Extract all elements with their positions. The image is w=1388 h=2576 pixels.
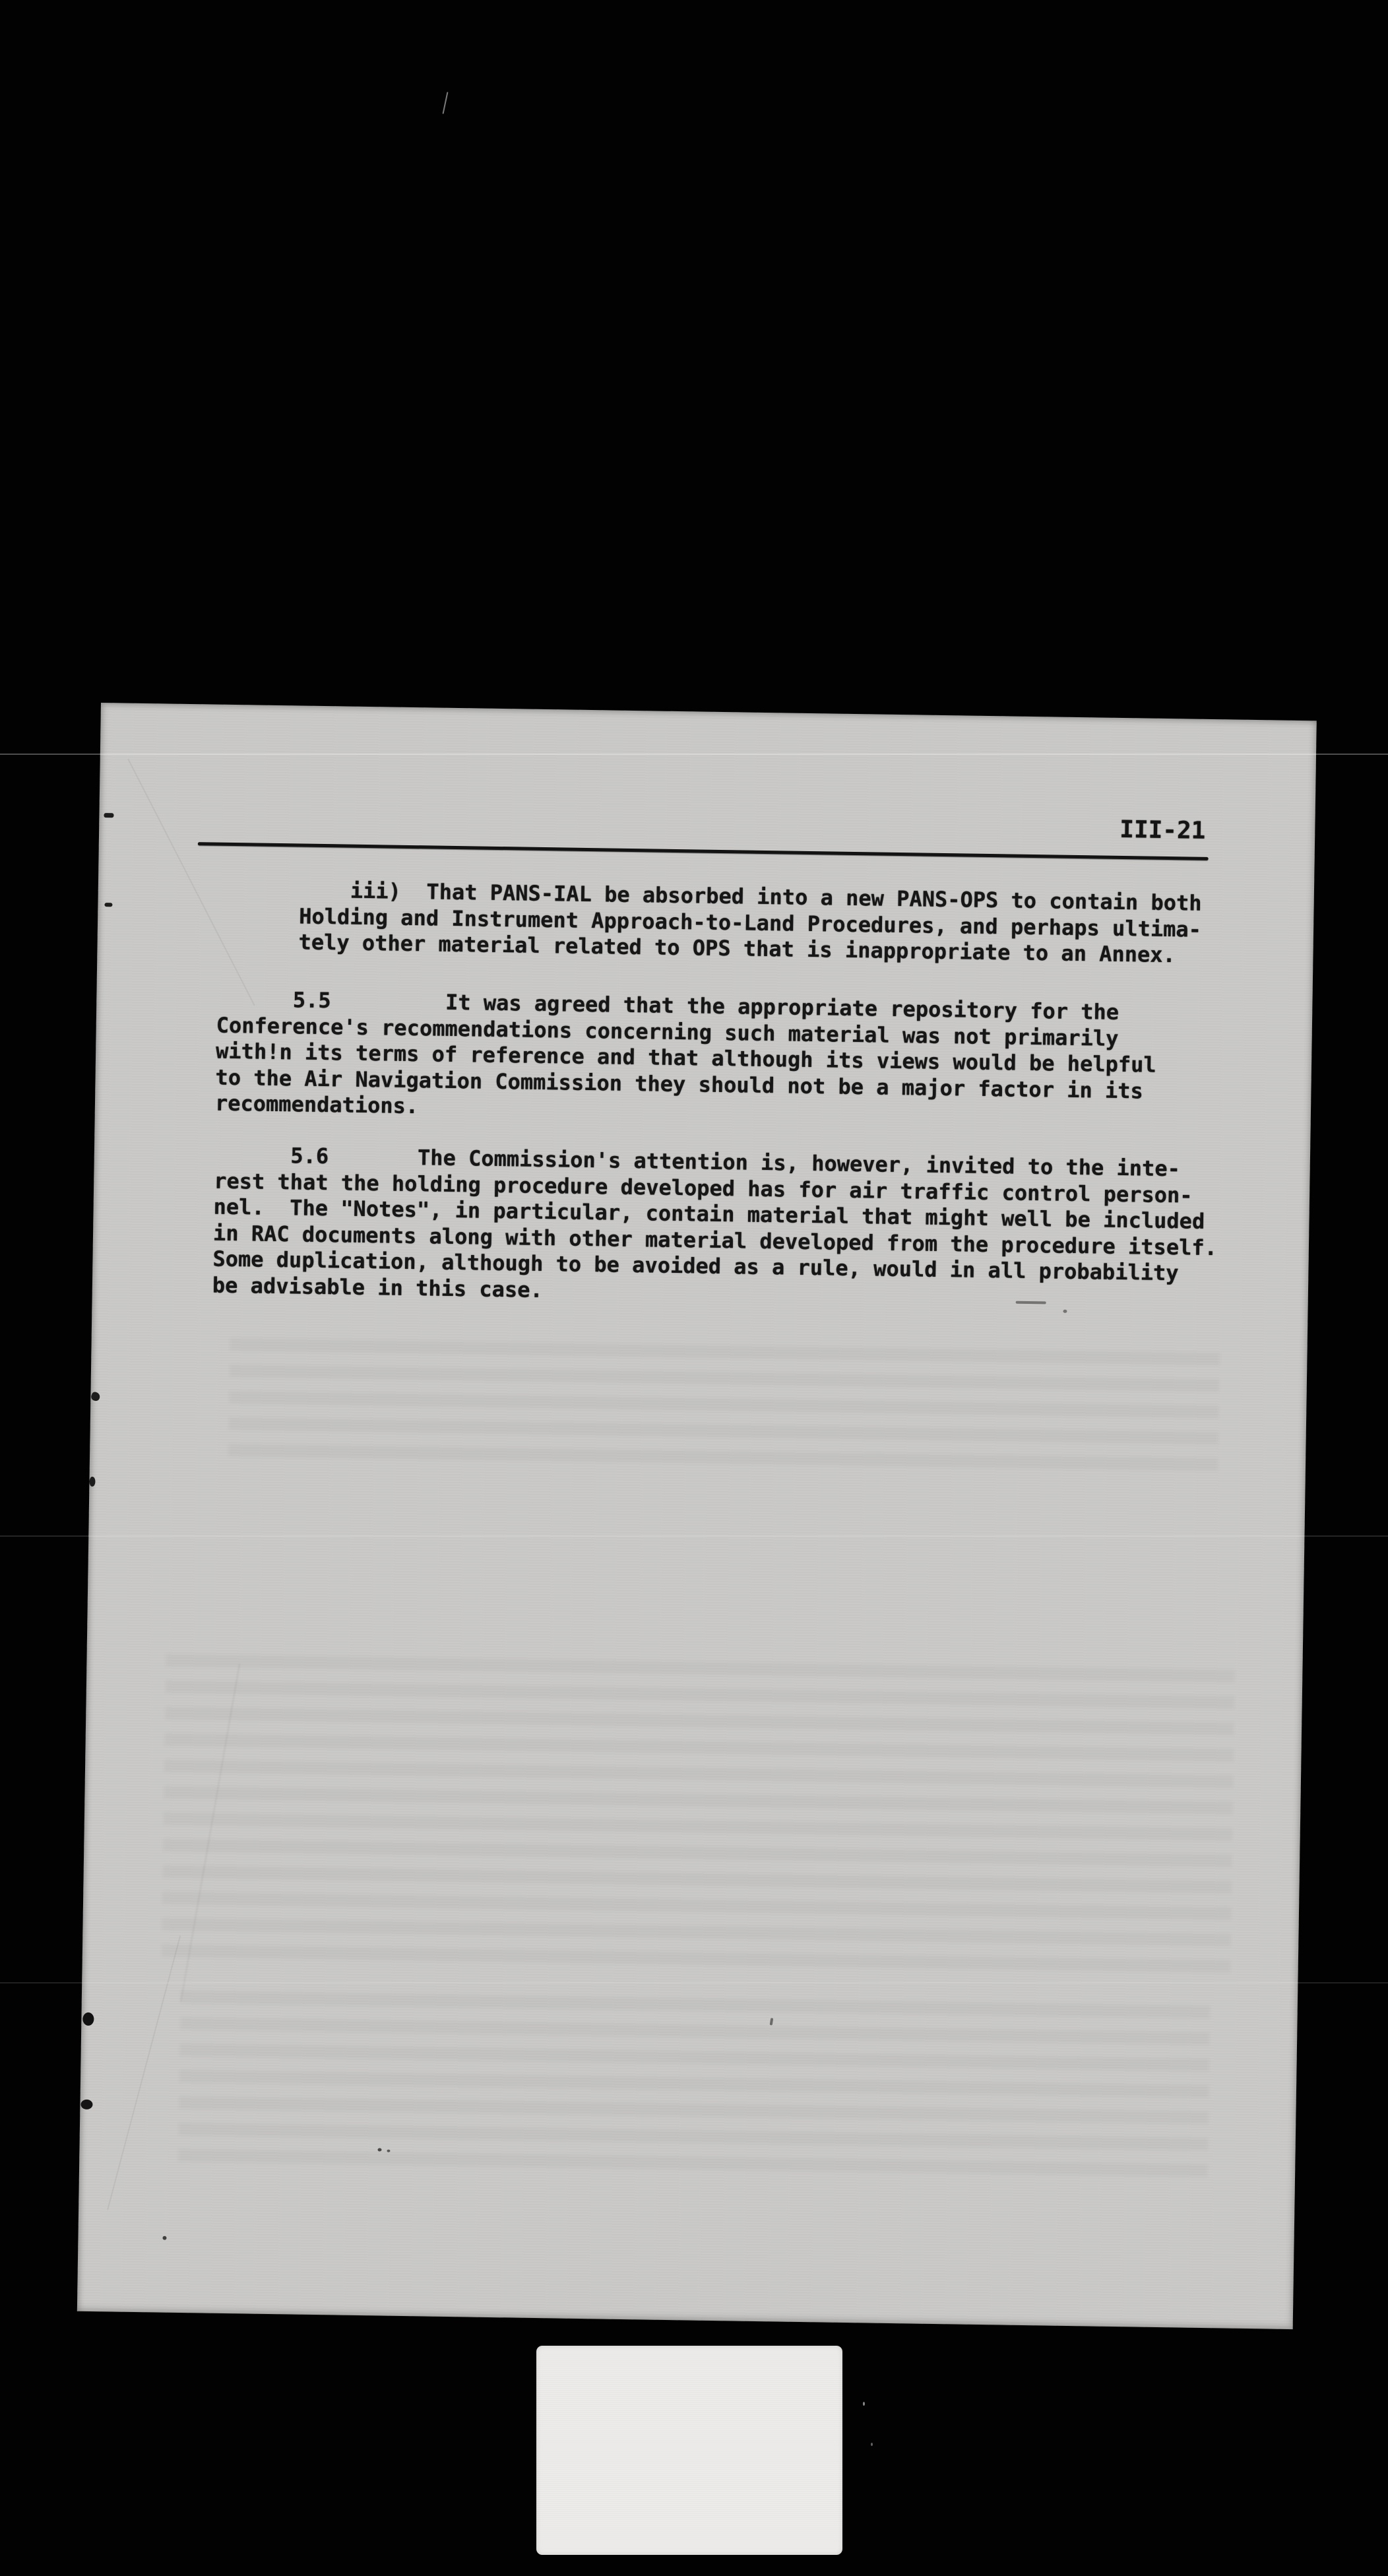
page-number: III-21: [1120, 816, 1206, 845]
speck: [1063, 1310, 1067, 1313]
ink-mark: [82, 2012, 94, 2026]
speck: [863, 2402, 865, 2406]
ink-mark: [104, 903, 112, 907]
paper-crease: [107, 1935, 181, 2210]
ghost-text-block: [228, 1338, 1220, 1478]
speck: [162, 2236, 166, 2240]
ink-mark: [104, 813, 113, 818]
ink-mark: [90, 1391, 102, 1402]
scanline: [0, 1982, 1388, 1983]
ink-mark: [89, 1477, 95, 1487]
paragraph-5-5: 5.5 It was agreed that the appropriate r…: [215, 986, 1157, 1131]
index-tab: [536, 2346, 842, 2555]
speck: [387, 2150, 390, 2152]
ghost-text-block: [178, 1991, 1210, 2177]
scanned-image: III-21 iii) That PANS-IAL be absorbed in…: [0, 0, 1388, 2576]
header-rule: [198, 842, 1209, 860]
speck: [1016, 1301, 1046, 1304]
scanline: [0, 754, 1388, 755]
paper-crease: [127, 759, 255, 1006]
document-page: III-21 iii) That PANS-IAL be absorbed in…: [77, 703, 1317, 2329]
paragraph-iii: iii) That PANS-IAL be absorbed into a ne…: [298, 877, 1201, 969]
scratch-mark: [442, 92, 448, 114]
ink-mark: [80, 2100, 92, 2109]
ghost-text-block: [162, 1654, 1235, 1980]
speck: [871, 2443, 873, 2446]
speck: [377, 2148, 381, 2151]
scanline: [0, 1535, 1388, 1537]
paragraph-5-6: 5.6 The Commission's attention is, howev…: [212, 1142, 1218, 1314]
